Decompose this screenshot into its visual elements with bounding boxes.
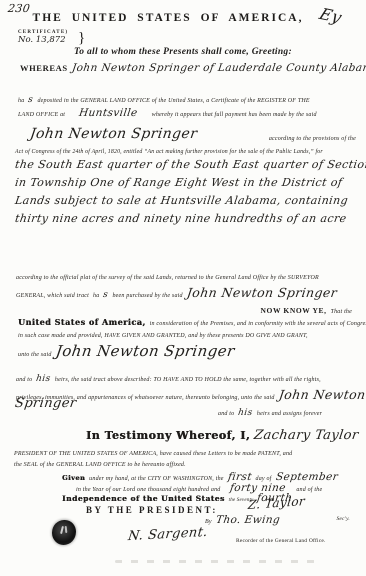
grantee-name-handwritten: John Newton Springer of Lauderdale Count…: [71, 62, 366, 74]
recorder-title: Recorder of the General Land Office.: [236, 535, 326, 547]
habendum-line-1: and to his heirs, the said tract above d…: [16, 374, 321, 386]
certificate-block: CERTIFICATE) No. 13,872: [18, 30, 68, 45]
united-states-blackletter: United States of America,: [18, 317, 146, 327]
document-title: THE UNITED STATES OF AMERICA,: [0, 12, 336, 24]
certificate-number: No. 13,872: [18, 35, 68, 45]
land-description-line: in Township One of Range Eight West in t…: [14, 176, 343, 190]
now-know-ye: NOW KNOW YE,: [261, 306, 327, 315]
unto-the-said: unto the said: [18, 349, 52, 361]
habendum-text-1: heirs, the said tract above described: T…: [55, 374, 321, 386]
grantee-name-2-handwritten: John Newton Springer: [29, 126, 198, 142]
land-description-line: thirty nine acres and ninety nine hundre…: [14, 212, 347, 226]
whereas-line: WHEREAS John Newton Springer of Lauderda…: [20, 62, 366, 74]
land-description: the South East quarter of the South East…: [15, 155, 366, 227]
grant-line-1: United States of America, in considerati…: [18, 317, 366, 330]
seal-affixed-line: the SEAL of the GENERAL LAND OFFICE to b…: [14, 459, 358, 471]
forever-line: and to his heirs and assigns forever: [218, 408, 322, 420]
salutation: To all to whom these Presents shall come…: [0, 47, 366, 57]
deposit-s-handwritten: s: [28, 95, 34, 105]
secretary-suffix: Sec'y.: [336, 513, 350, 525]
given-word: Given: [62, 474, 85, 482]
his-handwritten: his: [36, 374, 52, 384]
by-the-president: BY THE PRESIDENT:: [86, 505, 218, 515]
deposit-ha: ha: [18, 95, 24, 107]
deposit-land-office-at: LAND OFFICE at: [18, 109, 65, 121]
president-signature-handwritten: Z. Taylor: [247, 494, 306, 512]
independence-text: Independence of the United States: [62, 494, 225, 503]
forever-his-handwritten: his: [238, 408, 254, 418]
plat-s-handwritten: s: [103, 290, 109, 300]
plat-line-2: GENERAL, which said tract ha s been purc…: [16, 285, 337, 302]
plat-purchased: been purchased by the said: [112, 290, 182, 302]
seal-glint: [60, 526, 64, 534]
faded-text-smudge: [115, 560, 315, 563]
land-patent-document: 230 Ey THE UNITED STATES OF AMERICA, CER…: [0, 0, 366, 576]
forever-text: heirs and assigns forever: [257, 408, 322, 420]
secretary-signature-handwritten: Tho. Ewing: [215, 514, 281, 526]
plat-general: GENERAL, which said tract: [16, 290, 89, 302]
grant-consideration: in consideration of the Premises, and in…: [150, 318, 366, 330]
deposit-line-2: LAND OFFICE at Huntsville whereby it app…: [18, 107, 317, 121]
deposit-text-2: whereby it appears that full payment has…: [152, 109, 317, 121]
plat-line-1: according to the official plat of the su…: [16, 272, 358, 284]
whereas-label: WHEREAS: [20, 63, 68, 73]
forever-and-to: and to: [218, 408, 234, 420]
and-to: and to: [16, 374, 32, 386]
plat-ha: ha: [93, 290, 99, 302]
in-testimony-whereof: In Testimony Whereof, I,: [86, 429, 250, 442]
certificate-brace: }: [78, 30, 85, 47]
purchaser-name-handwritten: John Newton Springer: [186, 285, 338, 300]
deposit-line-1: ha s deposited in the GENERAL LAND OFFIC…: [18, 95, 310, 107]
testimony-line: In Testimony Whereof, I, Zachary Taylor: [86, 428, 359, 443]
deposit-text-1: deposited in the GENERAL LAND OFFICE of …: [37, 95, 309, 107]
seal-glint: [65, 526, 68, 533]
secretary-line: By Tho. Ewing: [205, 514, 280, 528]
according-provisions: according to the provisions of the: [269, 133, 356, 145]
grant-line-2: in such case made and provided, HAVE GIV…: [18, 330, 358, 342]
land-description-line: the South East quarter of the South East…: [14, 158, 366, 172]
land-office-location-handwritten: Huntsville: [78, 107, 138, 119]
recorder-signature-handwritten: N. Sargent.: [127, 525, 209, 544]
land-office-seal: [52, 520, 76, 545]
president-name-handwritten: Zachary Taylor: [253, 428, 360, 443]
grantee-name-3-handwritten: John Newton Springer: [54, 342, 235, 360]
land-description-line: Lands subject to sale at Huntsville Alab…: [14, 194, 349, 208]
grant-line-3: unto the said John Newton Springer: [18, 342, 234, 361]
grantee-surname-handwritten: Springer: [14, 396, 78, 411]
grantee-name-4-handwritten: John Newton: [278, 387, 366, 402]
